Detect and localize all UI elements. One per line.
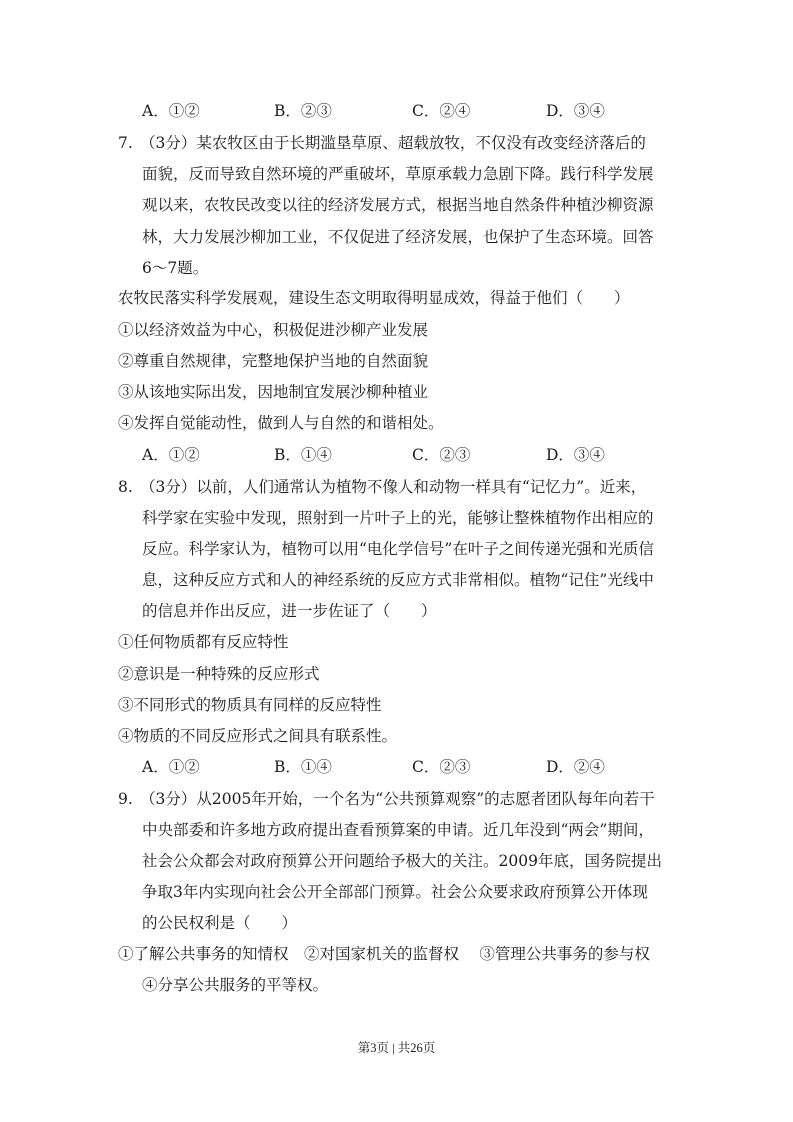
q7-statement: ②尊重自然规律，完整地保护当地的自然面貌 <box>118 351 428 371</box>
q9-first-line: 9.（3分）从2005年开始，一个名为“公共预算观察”的志愿者团队每年向若干 <box>118 789 655 809</box>
q8-text-line: 息，这种反应方式和人的神经系统的反应方式非常相似。植物“记住”光线中 <box>142 570 654 590</box>
q8-statement: ①任何物质都有反应特性 <box>118 632 289 652</box>
q8-option-a: A．①② <box>142 757 200 777</box>
q7-text-line: 6～7题。 <box>142 258 208 278</box>
q7-statement: ①以经济效益为中心，积极促进沙柳产业发展 <box>118 320 428 340</box>
q9-text-line: 的公民权利是（ ） <box>142 913 297 933</box>
q7-number: 7. <box>118 133 140 153</box>
q8-first-line: 8.（3分）以前，人们通常认为植物不像人和动物一样具有“记忆力”。近来， <box>118 477 646 497</box>
q7-option-b: B．①④ <box>274 445 332 465</box>
q6-option-b: B．②③ <box>274 101 332 121</box>
q6-option-c: C．②④ <box>412 101 470 121</box>
q8-option-b: B．①④ <box>274 757 332 777</box>
q9-text-line: 争取3年内实现向社会公开全部部门预算。社会公众要求政府预算公开体现 <box>142 882 648 902</box>
q9-text-line: （3分）从2005年开始，一个名为“公共预算观察”的志愿者团队每年向若干 <box>140 790 655 808</box>
q7-option-a: A．①② <box>142 445 200 465</box>
q9-number: 9. <box>118 789 140 809</box>
q9-statements-row: ①了解公共事务的知情权 ②对国家机关的监督权 ③管理公共事务的参与权 <box>118 944 650 964</box>
q8-statement: ②意识是一种特殊的反应形式 <box>118 664 320 684</box>
q9-text-line: 中央部委和许多地方政府提出查看预算案的申请。近几年没到“两会”期间， <box>142 820 654 840</box>
page-footer: 第3页 | 共26页 <box>0 1040 793 1056</box>
q8-text-line: 反应。科学家认为，植物可以用“电化学信号”在叶子之间传递光强和光质信 <box>142 539 654 559</box>
q6-option-d: D．③④ <box>546 101 605 121</box>
q8-option-c: C．②③ <box>412 757 470 777</box>
q8-option-d: D．②④ <box>546 757 605 777</box>
q8-number: 8. <box>118 477 140 497</box>
q8-statement: ③不同形式的物质具有同样的反应特性 <box>118 695 382 715</box>
q8-text-line: 的信息并作出反应，进一步佐证了（ ） <box>142 601 437 621</box>
q8-text-line: 科学家在实验中发现，照射到一片叶子上的光，能够让整株植物作出相应的 <box>142 508 654 528</box>
q6-option-a: A．①② <box>142 101 200 121</box>
q8-text-line: （3分）以前，人们通常认为植物不像人和动物一样具有“记忆力”。近来， <box>140 478 646 496</box>
q9-statements-row: ④分享公共服务的平等权。 <box>142 975 328 995</box>
q8-statement: ④物质的不同反应形式之间具有联系性。 <box>118 726 397 746</box>
q7-statement: ③从该地实际出发，因地制宜发展沙柳种植业 <box>118 382 428 402</box>
q7-stem: 农牧民落实科学发展观，建设生态文明取得明显成效，得益于他们（ ） <box>118 288 630 308</box>
q7-option-c: C．②③ <box>412 445 470 465</box>
q7-text-line: （3分）某农牧区由于长期滥垦草原、超载放牧，不仅没有改变经济落后的 <box>140 134 646 152</box>
q7-option-d: D．③④ <box>546 445 605 465</box>
q7-statement: ④发挥自觉能动性，做到人与自然的和谐相处。 <box>118 413 444 433</box>
q7-text-line: 观以来，农牧民改变以往的经济发展方式，根据当地自然条件种植沙柳资源 <box>142 195 654 215</box>
q7-first-line: 7.（3分）某农牧区由于长期滥垦草原、超载放牧，不仅没有改变经济落后的 <box>118 133 646 153</box>
q7-text-line: 面貌，反而导致自然环境的严重破坏，草原承载力急剧下降。践行科学发展 <box>142 164 654 184</box>
q9-text-line: 社会公众都会对政府预算公开问题给予极大的关注。2009年底，国务院提出 <box>142 851 662 871</box>
q7-text-line: 林，大力发展沙柳加工业，不仅促进了经济发展，也保护了生态环境。回答 <box>142 227 654 247</box>
